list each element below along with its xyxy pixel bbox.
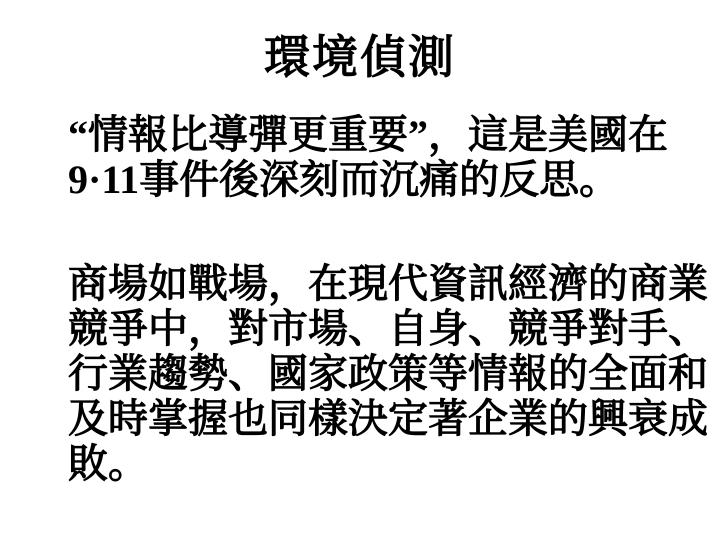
text-line: 競爭中，對市場、自身、競爭對手、 bbox=[68, 306, 704, 351]
text-line: 敗。 bbox=[68, 441, 704, 486]
paragraph-1: “情報比導彈更重要”，這是美國在 9·11事件後深刻而沉痛的反思。 bbox=[68, 112, 704, 202]
text-line: 商場如戰場，在現代資訊經濟的商業 bbox=[68, 261, 704, 306]
paragraph-2: 商場如戰場，在現代資訊經濟的商業 競爭中，對市場、自身、競爭對手、 行業趨勢、國… bbox=[68, 261, 704, 486]
text-line: 及時掌握也同樣決定著企業的興衰成 bbox=[68, 396, 704, 441]
text-line: “情報比導彈更重要”，這是美國在 bbox=[68, 112, 704, 157]
slide-body: “情報比導彈更重要”，這是美國在 9·11事件後深刻而沉痛的反思。 商場如戰場，… bbox=[68, 112, 704, 486]
slide: 環境偵測 “情報比導彈更重要”，這是美國在 9·11事件後深刻而沉痛的反思。 商… bbox=[0, 0, 720, 540]
text-line: 9·11事件後深刻而沉痛的反思。 bbox=[68, 157, 704, 202]
slide-title: 環境偵測 bbox=[0, 30, 720, 85]
text-line: 行業趨勢、國家政策等情報的全面和 bbox=[68, 351, 704, 396]
